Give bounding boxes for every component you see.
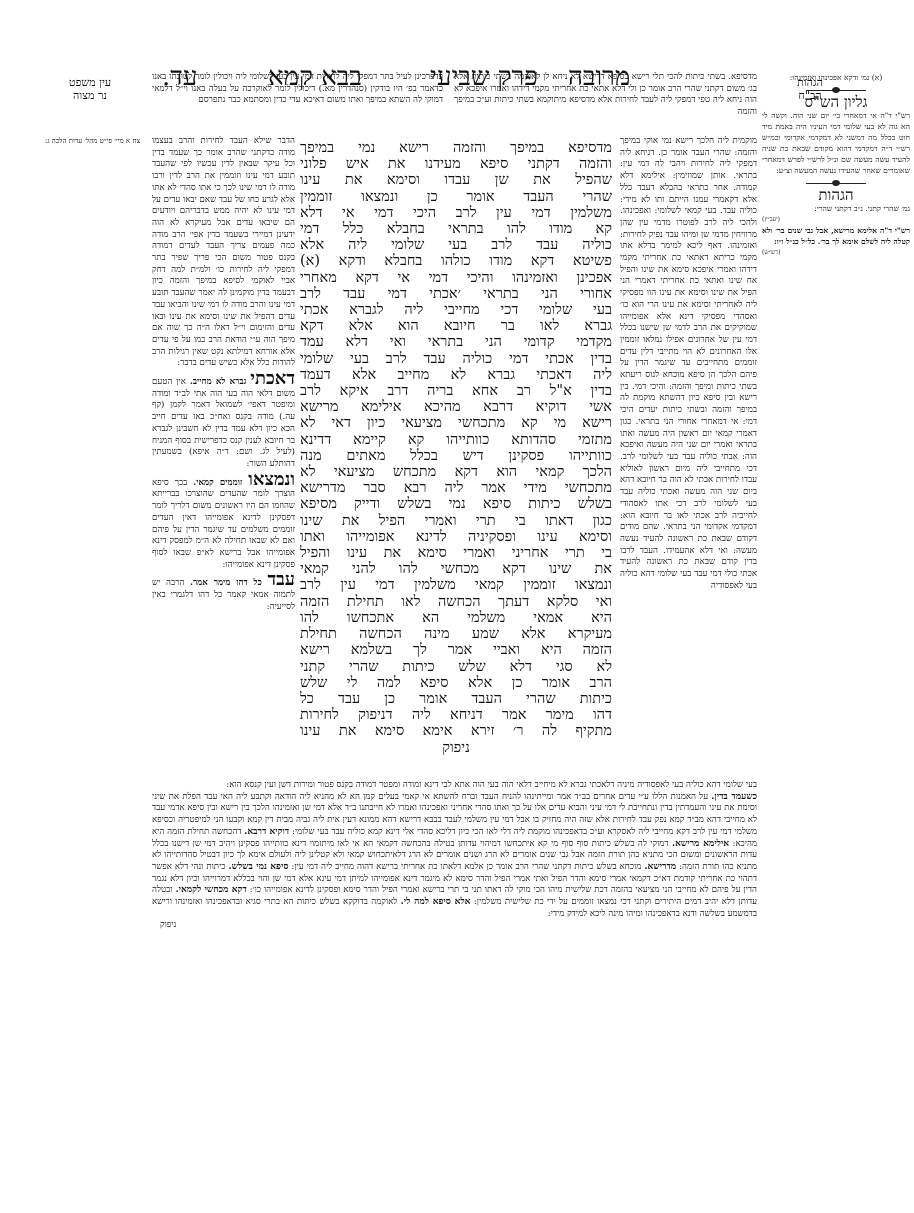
- gemara-line: דהו מימר אמר דניחא ליה דניפוק לחירות: [300, 707, 612, 723]
- rashi-top-text: מדסיפא. בשתי כיתות להכי תלי רישא בסיפא ד…: [454, 72, 757, 119]
- rashi-dibbur-hamatchil: אילימא מרישא.: [672, 839, 729, 849]
- gemara-line: הזמה היא ואביי אמר לך בשלמא רישא: [300, 642, 612, 658]
- gemara-line: אשי דוקיא דרבא מהיכא אילימא מרישא: [300, 399, 612, 415]
- gemara-line: כגון דאתו בי תרי ואמרי הפיל את שינו: [300, 513, 612, 529]
- tosafot-entry-2: דאכתי גברא לא מחייב. אין הטעם משום דלאי …: [152, 373, 295, 471]
- rashi-column: מוקמית ליה הלכך רישא נמי אוקי במיפך והזמ…: [620, 136, 757, 761]
- gemara-line: בשלש כיתות סיפא נמי בשלש ודייק מסיפא: [300, 496, 612, 512]
- rashi-dibbur-hamatchil: כשעמד בדין.: [711, 792, 757, 802]
- gemara-column: מדסיפא במיפך והזמה רישא נמי במיפך והזמה …: [300, 140, 612, 756]
- gemara-last-line: ניפוק: [300, 740, 612, 756]
- hagahot-text-2: רש"י ד"ה אלימא מרישא, אבל נבי שנים בר׳ ו…: [762, 225, 910, 247]
- bottom-rashi-commentary: בעי שלומי דהא כוליה בעי לאפסודיה מיניה ד…: [152, 780, 757, 932]
- rashi-tail-text: בעי שלומי דהא כוליה בעי לאפסודיה מיניה ד…: [152, 780, 757, 792]
- tosafot-text-3: בכך סיפא הוצרך לומר שהעדים שהוצרכו בבריי…: [152, 478, 295, 570]
- gemara-line: ונמצאו זוממין קמאי משלמין דמי עין לרב: [300, 577, 612, 593]
- gemara-line: מדסיפא במיפך והזמה רישא נמי במיפך: [300, 140, 612, 156]
- hagahot-source-1: (יעב״ץ): [762, 214, 910, 225]
- gemara-line: מתזמי סהדותא כוותייהו קא קיימא דדינא: [300, 432, 612, 448]
- gemara-line: בעי שלומי דכי מחייבי ליה לגברא אכתי: [300, 302, 612, 318]
- tosafot-dibbur-hamatchil-1-rest: גברא לא מחייב.: [190, 377, 246, 387]
- right-margin-column: (א) גמ׳ ודקא אפכינהו ואזמינהו: גליון הש"…: [762, 72, 910, 258]
- tosafot-dibbur-hamatchil-2-rest: זוממים קמאי.: [193, 478, 242, 488]
- gemara-line: כוותייהו פסקינן דיש בכלל מאתים מנה: [300, 448, 612, 464]
- gemara-line: מקדמי קדומי הני בתראי ואי דלא עמד: [300, 334, 612, 350]
- tosafot-dibbur-hamatchil-3: עבד: [267, 569, 295, 590]
- rashi-dibbur-hamatchil: מדרישא.: [644, 862, 676, 872]
- gemara-line: לא סגי דלא שלש כיתות שהרי קתני: [300, 659, 612, 675]
- gemara-line: מתכחשי מידי אמר ליה רבא סבר מדרישא: [300, 480, 612, 496]
- gemara-line: משלמין דמי עין לרב היכי דמי אי דלא: [300, 205, 612, 221]
- gemara-line: אחורי הני בתראי ׳אכתי דמי עבד לרב: [300, 286, 612, 302]
- tosafot-top: כדפרכינן לעיל בתר דמפקי ליה לחירות דמי ע…: [152, 72, 443, 107]
- tosafot-text-1: הדבר שילא העבד לחירות והרב בעצמו מודה כד…: [152, 136, 295, 370]
- rashi-bottom-entry: כשעמד בדין. על האמנות הללו ע״י עדים אחרי…: [152, 792, 757, 921]
- gemara-line: גברא לאו בר חיובא הוא אלא דקא: [300, 318, 612, 334]
- rashi-dibbur-hamatchil: דוקיא דרבא.: [244, 827, 289, 837]
- gemara-line: ליה דאכתי גברא לא מחייב אלא דעמד: [300, 367, 612, 383]
- tosafot-text-2: אין הטעם משום דלאי הוה בעי הוה אתי לב״ד …: [152, 377, 295, 469]
- gemara-line: היא אמאי משלמי הא אתכחשו להו: [300, 610, 612, 626]
- rashi-bottom-text: מוכחא בשלש כיתות דקתני שהרי הרב אומר כן …: [291, 862, 641, 872]
- gemara-line: את שינו דקא מכחשי להו להני קמאי: [300, 561, 612, 577]
- tosafot-dibbur-hamatchil-3-rest: כל דהו מימר אמר.: [190, 578, 262, 588]
- gilyon-hashas-text: רש"י ד"ה אי דמאחרי בי׳ יום שני הוה. וקשה…: [762, 110, 910, 176]
- rashi-text: מוקמית ליה הלכך רישא נמי אוקי במיפך והזמ…: [620, 136, 757, 592]
- catchword: ניפוק: [152, 920, 757, 932]
- hagahot-title: הגהות: [762, 190, 910, 201]
- tosafot-top-text: כדפרכינן לעיל בתר דמפקי ליה לחירות דמי ע…: [152, 72, 443, 107]
- ein-mishpat-title: עין משפט נר מצוה: [40, 76, 140, 102]
- talmud-page: עין משפט נר מצוה עד. בבא קמא פרק שביעי מ…: [0, 0, 914, 1213]
- gemara-line: פשיטא דקא מודו כולהו בחבלא ודקא (א): [300, 253, 612, 269]
- gemara-line: רישא מי קא מתכחשי מציעאי כיון דאי לא: [300, 415, 612, 431]
- gemara-line: שהפיל את שן עבדו וסימא את עינו: [300, 172, 612, 188]
- hagahot-text-1: גמ׳ שהרי קתני. נ״ב דקתני שהרי:: [762, 203, 910, 214]
- rashi-dibbur-hamatchil: אלא סיפא למה לי.: [401, 897, 471, 907]
- tosafot-entry-3: ונמצאו זוממים קמאי. בכך סיפא הוצרך לומר …: [152, 474, 295, 572]
- tosafot-column: הדבר שילא העבד לחירות והרב בעצמו מודה כד…: [152, 136, 295, 776]
- gemara-line: אפכינן ואזמינהו והיכי דמי אי דקא מאחרי: [300, 270, 612, 286]
- rashi-dibbur-hamatchil: דקא מכחשי לקמאי.: [175, 885, 246, 895]
- hagahot-source-2: (רש״ש): [762, 247, 910, 258]
- gemara-line: ואי סלקא דעתך הכחשה לאו תחילת הזמה: [300, 594, 612, 610]
- gemara-line: בדין א"ל רב אחא בריה דרב איקא לרב: [300, 383, 612, 399]
- ornament-divider-icon: [806, 180, 866, 186]
- gemara-line: שהרי העבד אומר כן ונמצאו זוממין: [300, 189, 612, 205]
- gemara-line: הלכך קמאי הוא דקא מתכחש מציעאי לא: [300, 464, 612, 480]
- gemara-line: קא מודו להו בתראי בחבלא כלל דמי: [300, 221, 612, 237]
- rashi-top: מדסיפא. בשתי כיתות להכי תלי רישא בסיפא ד…: [454, 72, 757, 119]
- gilyon-hashas-title: גליון הש"ס: [762, 97, 910, 108]
- gemara-line: וסימא עינו ופסקיניה לדינא אפומייהו ואתו: [300, 529, 612, 545]
- gemara-line: כיתות שהרי העבד אומר כן עבד כל: [300, 691, 612, 707]
- tosafot-dibbur-hamatchil-2: ונמצאו: [248, 469, 295, 490]
- tosafot-entry-4: עבד כל דהו מימר אמר. הרבה יש לתמוה אמאי …: [152, 574, 295, 613]
- ein-mishpat-column: צח א מיי׳ פי״ט מהל׳ עדות הלכה ג:: [40, 136, 145, 146]
- bach-note: (א) גמ׳ ודקא אפכינהו ואזמינהו:: [762, 72, 910, 83]
- tosafot-dibbur-hamatchil-1: דאכתי: [250, 368, 295, 389]
- ein-mishpat-entry: צח א מיי׳ פי״ט מהל׳ עדות הלכה ג:: [40, 136, 145, 146]
- ornament-divider-icon: [806, 87, 866, 93]
- gemara-line: מתקיף לה ר׳ זירא אימא סימא את עינו: [300, 723, 612, 739]
- gemara-line: והזמה דקתני סיפא מעידנו את איש פלוני: [300, 156, 612, 172]
- gemara-line: בדין אכתי דמי כוליה עבד לרב בעי שלומי: [300, 351, 612, 367]
- gemara-line: הרב אומר כן אלא סיפא למה לי שלש: [300, 675, 612, 691]
- gemara-line: כוליה עבד לרב בעי שלומי ליה אלא: [300, 237, 612, 253]
- gemara-line: בי תרי אחריני ואמרי סימא את עינו והפיל: [300, 545, 612, 561]
- rashi-bottom-text: על האמנות הללו ע״י עדים אחרים בב״ד אמר ו…: [152, 792, 757, 837]
- gemara-line: מעיקרא אלא שמע מינה הכחשה תחילת: [300, 626, 612, 642]
- rashi-dibbur-hamatchil: סיפא נמי בשלש.: [228, 862, 288, 872]
